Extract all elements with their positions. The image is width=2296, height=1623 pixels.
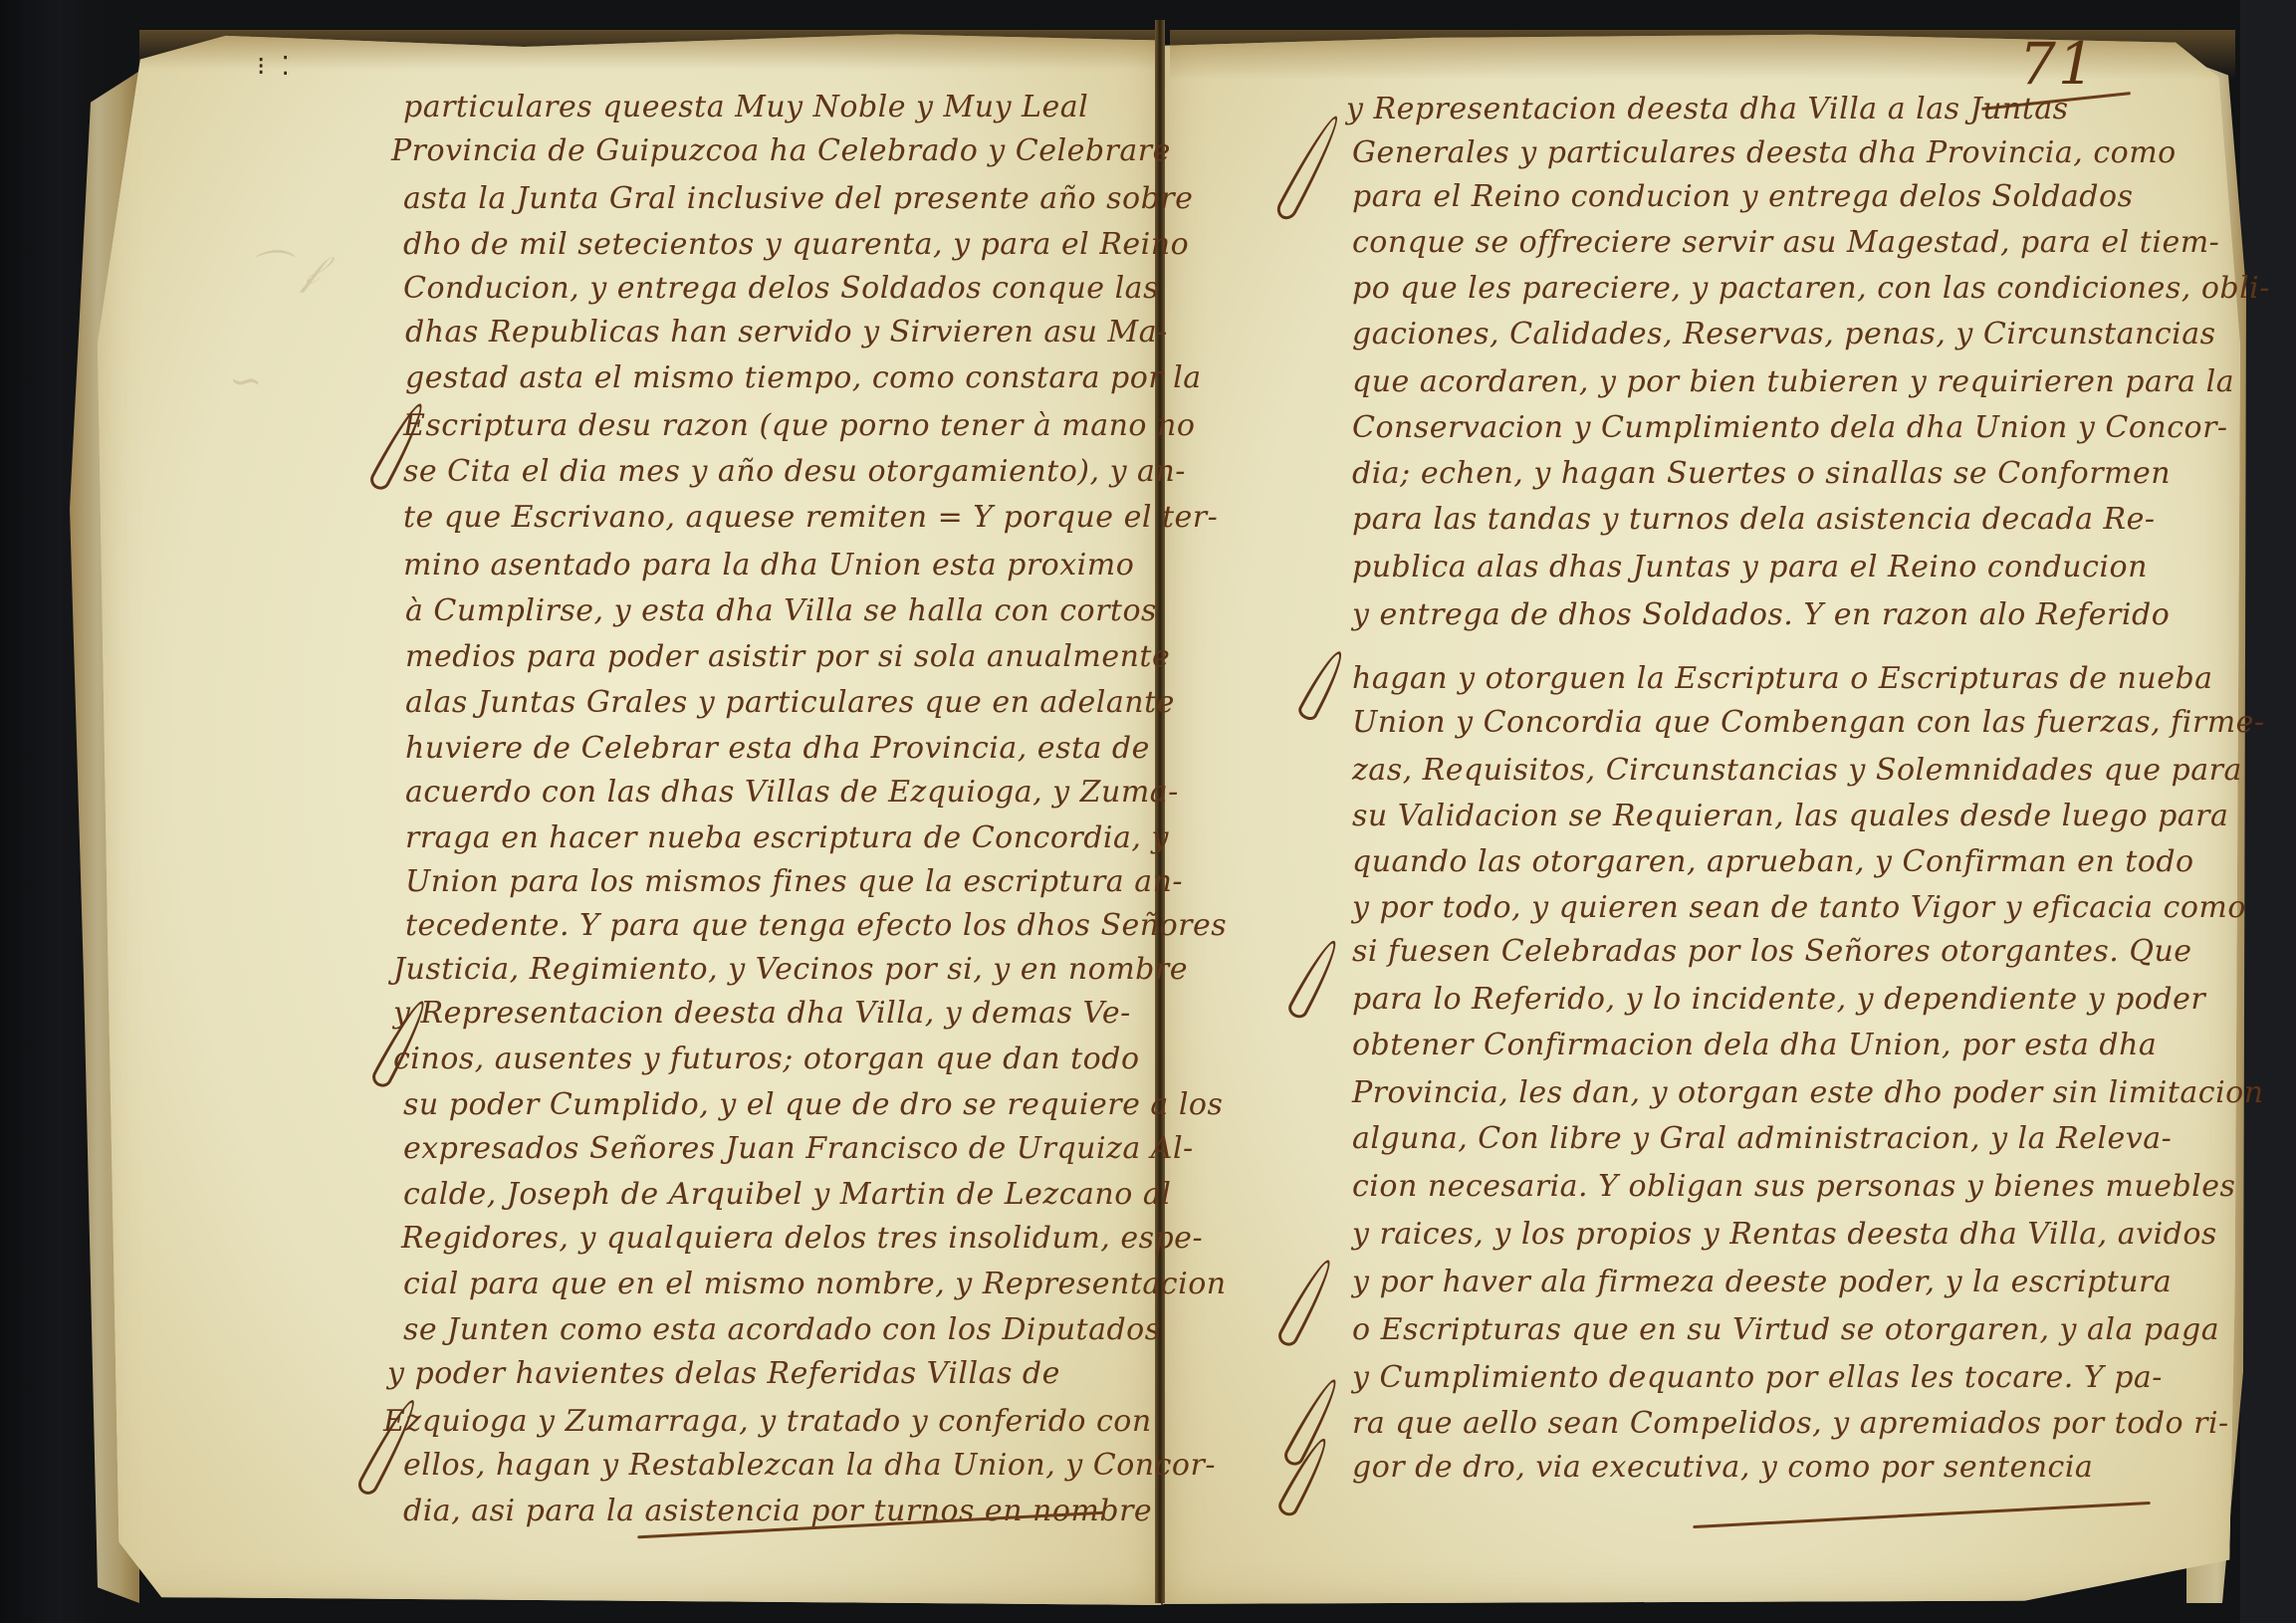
bleed-through-mark: ∽ (229, 358, 263, 404)
corner-ink-marks: ⁝ ⁚ (257, 52, 294, 82)
folio-number: 71 (2019, 30, 2097, 98)
scanner-edge-strip (2240, 0, 2296, 1623)
bleed-through-mark: ⌒ 𝒻 (249, 239, 320, 296)
